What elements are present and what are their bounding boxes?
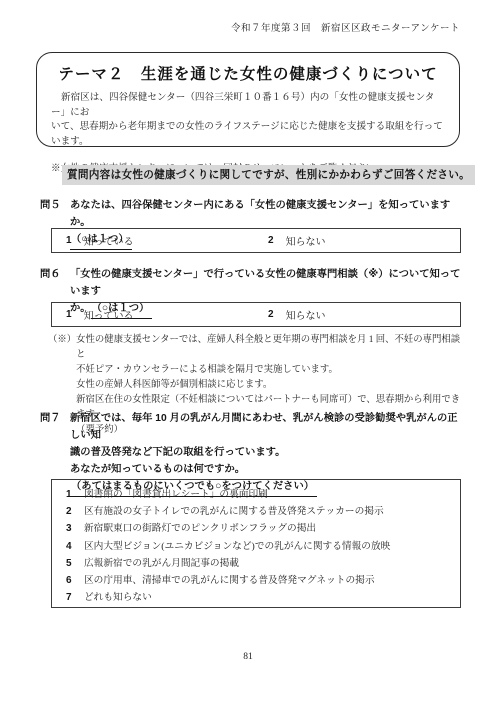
answer-notice-banner: 質問内容は女性の健康づくりに関してですが、性別にかかわらずご回答ください。 — [62, 165, 475, 185]
option-number: 2 — [268, 309, 274, 320]
question-5-answer-box: 1 知っている 2 知らない — [51, 228, 461, 253]
theme-description-line2: いて、思春期から老年期までの女性のライフステージに応じた健康を支援する取組を行っ… — [51, 120, 445, 149]
option-number: 1 — [66, 235, 72, 246]
question-7-text-line3: あなたが知っているものは何ですか。 — [70, 461, 464, 478]
question-6-option-1[interactable]: 1 知っている — [66, 307, 268, 322]
option-number: 3 — [66, 523, 84, 534]
question-5-option-2[interactable]: 2 知らない — [268, 233, 326, 248]
option-number: 1 — [66, 309, 72, 320]
option-label: 区内大型ビジョン(ユニカビジョンなど)での乳がんに関する情報の放映 — [84, 538, 390, 552]
theme-title: テーマ２ 生涯を通じた女性の健康づくりについて — [51, 62, 445, 84]
option-label: 区の庁用車、清掃車での乳がんに関する普及啓発マグネットの掲示 — [84, 572, 375, 586]
question-7-text-line1: 新宿区では、毎年 10 月の乳がん月間にあわせ、乳がん検診の受診勧奨や乳がんの正… — [70, 410, 464, 444]
option-label: 知らない — [286, 307, 326, 322]
question-7-option-7[interactable]: 7 どれも知らない — [52, 589, 460, 606]
question-7-option-1[interactable]: 1 図書館の「図書貸出レシート」の裏面印刷 — [52, 486, 460, 503]
option-label: 区有施設の女子トイレでの乳がんに関する普及啓発ステッカーの掲示 — [84, 503, 384, 517]
option-number: 4 — [66, 541, 84, 552]
question-7-option-5[interactable]: 5 広報新宿での乳がん月間記事の掲載 — [52, 555, 460, 572]
question-7-option-3[interactable]: 3 新宿駅東口の街路灯でのピンクリボンフラッグの掲出 — [52, 520, 460, 537]
question-7-option-4[interactable]: 4 区内大型ビジョン(ユニカビジョンなど)での乳がんに関する情報の放映 — [52, 538, 460, 555]
document-header: 令和７年度第３回 新宿区区政モニターアンケート — [231, 20, 460, 34]
footnote-line: 女性の健康支援センターでは、産婦人科全般と更年期の専門相談を月 1 回、不妊の専… — [76, 333, 468, 363]
option-label: 広報新宿での乳がん月間記事の掲載 — [84, 555, 239, 569]
option-label: 知っている — [84, 307, 134, 322]
option-number: 5 — [66, 558, 84, 569]
question-7-text-line2: 識の普及啓発など下記の取組を行っています。 — [70, 444, 464, 461]
option-label: どれも知らない — [84, 589, 152, 603]
question-5-text-line: あなたは、四谷保健センター内にある「女性の健康支援センター」を知っていますか。 — [70, 197, 464, 231]
question-7-option-6[interactable]: 6 区の庁用車、清掃車での乳がんに関する普及啓発マグネットの掲示 — [52, 572, 460, 589]
question-5-option-1[interactable]: 1 知っている — [66, 233, 268, 248]
option-number: 6 — [66, 575, 84, 586]
page-number: 81 — [0, 652, 496, 662]
question-6-text-line1-tail: す — [91, 286, 101, 297]
option-label: 知っている — [84, 233, 134, 248]
question-6-option-2[interactable]: 2 知らない — [268, 307, 326, 322]
question-7-option-2[interactable]: 2 区有施設の女子トイレでの乳がんに関する普及啓発ステッカーの掲示 — [52, 503, 460, 520]
theme-description-line1: 新宿区は、四谷保健センター（四谷三栄町１０番１６号）内の「女性の健康支援センター… — [51, 91, 445, 120]
option-label: 新宿駅東口の街路灯でのピンクリボンフラッグの掲出 — [84, 520, 316, 534]
option-label: 図書館の「図書貸出レシート」の裏面印刷 — [84, 486, 268, 500]
option-label: 知らない — [286, 233, 326, 248]
option-number: 7 — [66, 592, 84, 603]
question-6-answer-box: 1 知っている 2 知らない — [51, 302, 461, 327]
theme-intro-box: テーマ２ 生涯を通じた女性の健康づくりについて 新宿区は、四谷保健センター（四谷… — [36, 52, 460, 147]
questionnaire-page: 令和７年度第３回 新宿区区政モニターアンケート テーマ２ 生涯を通じた女性の健康… — [0, 0, 496, 702]
footnote-line: 不妊ピア・カウンセラーによる相談を隔月で実施しています。 — [76, 363, 468, 378]
option-number: 2 — [66, 506, 84, 517]
footnote-line: 女性の産婦人科医師等が個別相談に応じます。 — [76, 378, 468, 393]
option-number: 2 — [268, 235, 274, 246]
question-7-options-box: 1 図書館の「図書貸出レシート」の裏面印刷 2 区有施設の女子トイレでの乳がんに… — [51, 479, 461, 608]
question-6-text-line1: 「女性の健康支援センター」で行っている女性の健康専門相談（※）について知っていま — [70, 269, 460, 297]
theme-description: 新宿区は、四谷保健センター（四谷三栄町１０番１６号）内の「女性の健康支援センター… — [51, 91, 445, 149]
option-number: 1 — [66, 489, 84, 500]
